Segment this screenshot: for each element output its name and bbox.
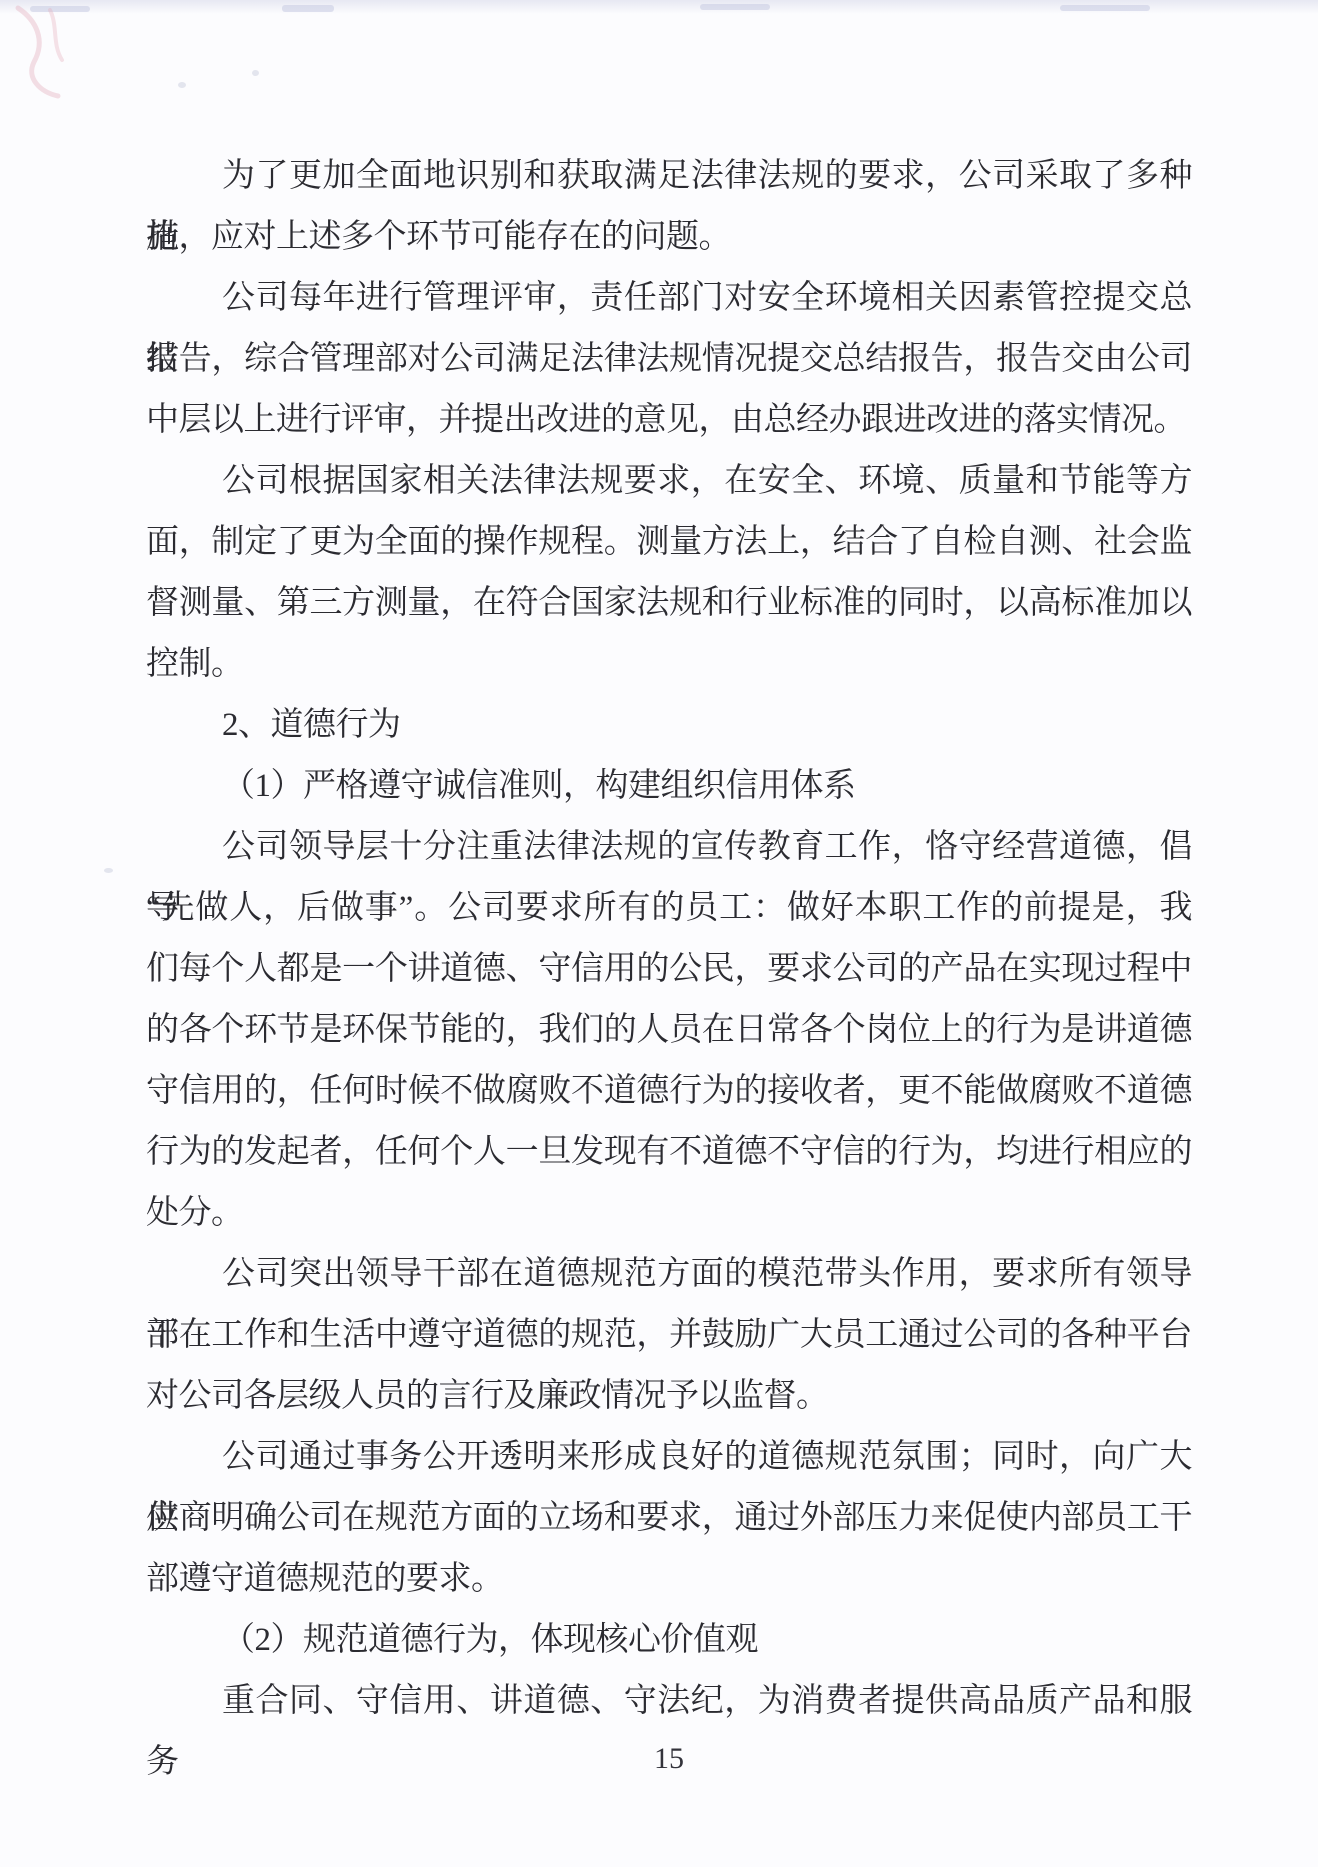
text-line: 部遵守道德规范的要求。: [146, 1549, 1192, 1610]
text-line: 面，制定了更为全面的操作规程。测量方法上，结合了自检自测、社会监: [146, 512, 1192, 573]
scan-smudge: [700, 4, 770, 10]
text-line: 的各个环节是环保节能的，我们的人员在日常各个岗位上的行为是讲道德: [146, 1000, 1192, 1061]
scan-speck: [252, 70, 259, 76]
page-number: 15: [146, 1742, 1192, 1776]
text-line: 对公司各层级人员的言行及廉政情况予以监督。: [146, 1366, 1192, 1427]
text-line: 公司根据国家相关法律法规要求，在安全、环境、质量和节能等方: [146, 451, 1192, 512]
scan-smudge: [282, 5, 334, 12]
text-line subsection-heading: （1）严格遵守诚信准则，构建组织信用体系: [146, 756, 1192, 817]
text-line: 控制。: [146, 634, 1192, 695]
text-line: 部在工作和生活中遵守道德的规范，并鼓励广大员工通过公司的各种平台: [146, 1305, 1192, 1366]
scan-speck: [104, 868, 113, 873]
text-line: 重合同、守信用、讲道德、守法纪，为消费者提供高品质产品和服务: [146, 1671, 1192, 1732]
document-page: 为了更加全面地识别和获取满足法律法规的要求，公司采取了多种措 施，应对上述多个环…: [0, 0, 1318, 1867]
text-line: 公司通过事务公开透明来形成良好的道德规范氛围；同时，向广大供: [146, 1427, 1192, 1488]
text-line: 督测量、第三方测量，在符合国家法规和行业标准的同时，以高标准加以: [146, 573, 1192, 634]
text-line: 应商明确公司在规范方面的立场和要求，通过外部压力来促使内部员工干: [146, 1488, 1192, 1549]
red-pen-mark: [6, 0, 86, 110]
text-line: 中层以上进行评审，并提出改进的意见，由总经办跟进改进的落实情况。: [146, 390, 1192, 451]
text-line subsection-heading: （2）规范道德行为，体现核心价值观: [146, 1610, 1192, 1671]
text-line: “先做人，后做事”。公司要求所有的员工：做好本职工作的前提是，我: [146, 878, 1192, 939]
scan-smudge: [1060, 5, 1150, 11]
text-line: 公司领导层十分注重法律法规的宣传教育工作，恪守经营道德，倡导: [146, 817, 1192, 878]
text-line: 施，应对上述多个环节可能存在的问题。: [146, 207, 1192, 268]
scan-speck: [178, 82, 186, 88]
text-line section-heading: 2、道德行为: [146, 695, 1192, 756]
text-line: 守信用的，任何时候不做腐败不道德行为的接收者，更不能做腐败不道德: [146, 1061, 1192, 1122]
text-line: 公司每年进行管理评审，责任部门对安全环境相关因素管控提交总结: [146, 268, 1192, 329]
text-line: 公司突出领导干部在道德规范方面的模范带头作用，要求所有领导干: [146, 1244, 1192, 1305]
text-line: 处分。: [146, 1183, 1192, 1244]
text-line: 们每个人都是一个讲道德、守信用的公民，要求公司的产品在实现过程中: [146, 939, 1192, 1000]
document-text-block: 为了更加全面地识别和获取满足法律法规的要求，公司采取了多种措 施，应对上述多个环…: [146, 146, 1192, 1732]
text-line: 行为的发起者，任何个人一旦发现有不道德不守信的行为，均进行相应的: [146, 1122, 1192, 1183]
text-line: 报告，综合管理部对公司满足法律法规情况提交总结报告，报告交由公司: [146, 329, 1192, 390]
text-line: 为了更加全面地识别和获取满足法律法规的要求，公司采取了多种措: [146, 146, 1192, 207]
